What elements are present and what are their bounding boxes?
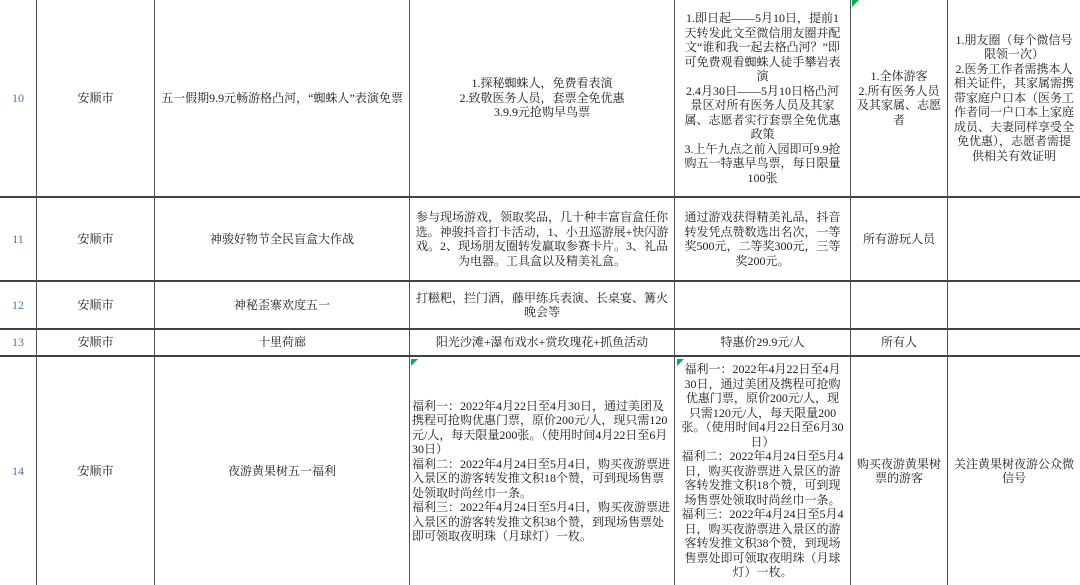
- cell-row12-target[interactable]: [851, 282, 948, 328]
- cell-row10-number[interactable]: 10: [0, 0, 37, 196]
- cell-warning-triangle-icon: [852, 0, 859, 7]
- spreadsheet-screenshot: 10 安顺市 五一假期9.9元畅游格凸河，“蜘蛛人”表演免票 1.探秘蜘蛛人，免…: [0, 0, 1080, 585]
- cell-row10-content[interactable]: 1.探秘蜘蛛人，免费看表演 2.致敬医务人员，套票全免优惠 3.9.9元抢购早鸟…: [410, 0, 675, 196]
- cell-row13-number[interactable]: 13: [0, 330, 37, 355]
- cell-row14-content[interactable]: 福利一：2022年4月22日至4月30日，通过美团及携程可抢购优惠门票，原价20…: [410, 357, 675, 585]
- cell-row11-activity-name[interactable]: 神骏好物节全民盲盒大作战: [155, 198, 410, 280]
- cell-row12-city[interactable]: 安顺市: [37, 282, 155, 328]
- cell-row11-requirements[interactable]: [948, 198, 1080, 280]
- cell-row12-discount[interactable]: [675, 282, 851, 328]
- cell-warning-triangle-icon: [411, 359, 418, 366]
- cell-row14-activity-name[interactable]: 夜游黄果树五一福利: [155, 357, 410, 585]
- cell-row11-content[interactable]: 参与现场游戏，领取奖品，几十种丰富盲盒任你选。神骏抖音打卡活动，1、小丑巡游展+…: [410, 198, 675, 280]
- cell-row11-target[interactable]: 所有游玩人员: [851, 198, 948, 280]
- cell-row13-target[interactable]: 所有人: [851, 330, 948, 355]
- cell-row13-activity-name[interactable]: 十里荷廊: [155, 330, 410, 355]
- table-row-12: 12 安顺市 神秘歪寨欢度五一 打糍粑，拦门酒，藤甲练兵表演、长桌宴、篝火晚会等: [0, 282, 1080, 330]
- cell-row10-city[interactable]: 安顺市: [37, 0, 155, 196]
- cell-row10-discount[interactable]: 1.即日起——5月10日，提前1天转发此文至微信朋友圈并配文“谁和我一起去格凸河…: [675, 0, 851, 196]
- cell-row14-target[interactable]: 购买夜游黄果树票的游客: [851, 357, 948, 585]
- cell-row11-discount[interactable]: 通过游戏获得精美礼品，抖音转发凭点赞数选出名次，一等奖500元，二等奖300元，…: [675, 198, 851, 280]
- cell-row14-requirements[interactable]: 关注黄果树夜游公众微信号: [948, 357, 1080, 585]
- cell-row14-discount[interactable]: 福利一：2022年4月22日至4月30日，通过美团及携程可抢购优惠门票，原价20…: [675, 357, 851, 585]
- cell-row11-city[interactable]: 安顺市: [37, 198, 155, 280]
- table-row-10: 10 安顺市 五一假期9.9元畅游格凸河，“蜘蛛人”表演免票 1.探秘蜘蛛人，免…: [0, 0, 1080, 198]
- cell-row13-discount[interactable]: 特惠价29.9元/人: [675, 330, 851, 355]
- cell-row12-content[interactable]: 打糍粑，拦门酒，藤甲练兵表演、长桌宴、篝火晚会等: [410, 282, 675, 328]
- cell-row13-content[interactable]: 阳光沙滩+瀑布戏水+赏玫瑰花+抓鱼活动: [410, 330, 675, 355]
- cell-row11-number[interactable]: 11: [0, 198, 37, 280]
- table-row-13: 13 安顺市 十里荷廊 阳光沙滩+瀑布戏水+赏玫瑰花+抓鱼活动 特惠价29.9元…: [0, 330, 1080, 357]
- table-row-14: 14 安顺市 夜游黄果树五一福利 福利一：2022年4月22日至4月30日，通过…: [0, 357, 1080, 585]
- cell-row13-city[interactable]: 安顺市: [37, 330, 155, 355]
- cell-row10-requirements[interactable]: 1.朋友圈（每个微信号限领一次） 2.医务工作者需携本人相关证件，其家属需携带家…: [948, 0, 1080, 196]
- cell-row14-number[interactable]: 14: [0, 357, 37, 585]
- table-row-11: 11 安顺市 神骏好物节全民盲盒大作战 参与现场游戏，领取奖品，几十种丰富盲盒任…: [0, 198, 1080, 282]
- cell-row13-requirements[interactable]: [948, 330, 1080, 355]
- cell-row12-requirements[interactable]: [948, 282, 1080, 328]
- cell-row12-number[interactable]: 12: [0, 282, 37, 328]
- cell-row14-city[interactable]: 安顺市: [37, 357, 155, 585]
- activities-table: 10 安顺市 五一假期9.9元畅游格凸河，“蜘蛛人”表演免票 1.探秘蜘蛛人，免…: [0, 0, 1080, 585]
- cell-row10-target[interactable]: 1.全体游客 2.所有医务人员及其家属、志愿者: [851, 0, 948, 196]
- cell-warning-triangle-icon: [677, 359, 684, 366]
- cell-row10-activity-name[interactable]: 五一假期9.9元畅游格凸河，“蜘蛛人”表演免票: [155, 0, 410, 196]
- cell-row12-activity-name[interactable]: 神秘歪寨欢度五一: [155, 282, 410, 328]
